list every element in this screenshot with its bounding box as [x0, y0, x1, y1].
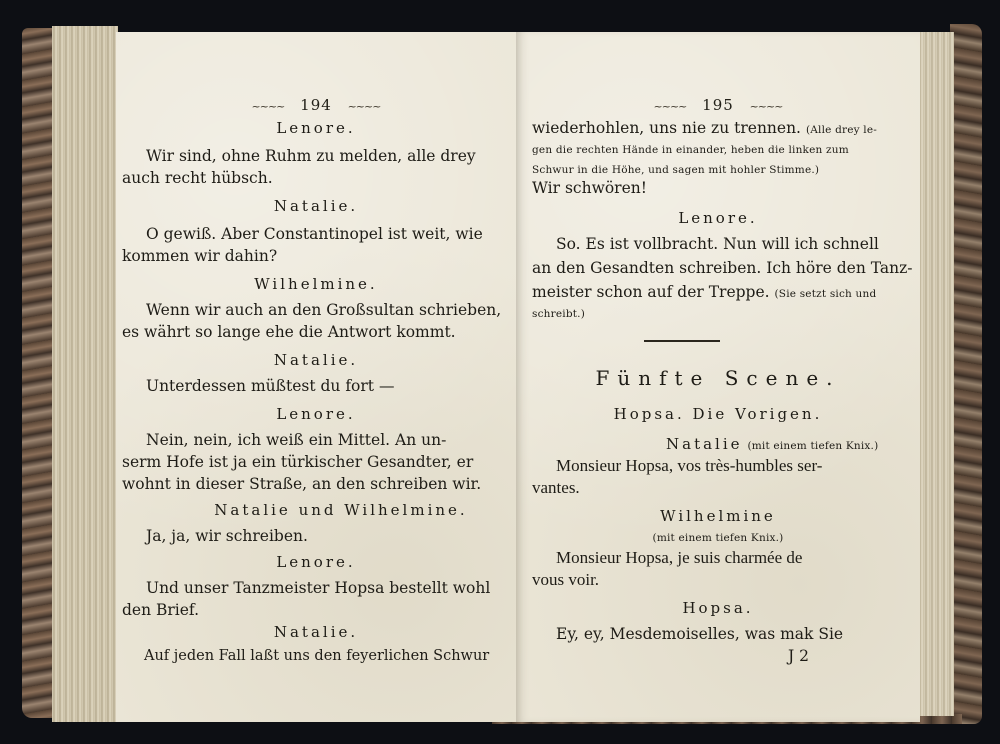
stage-direction: (mit einem tiefen Knix.) — [516, 528, 920, 548]
dialogue-line: Unterdessen müßtest du fort — — [146, 376, 394, 396]
dialogue-line: wohnt in dieser Straße, an den schreiben… — [122, 474, 481, 494]
dialogue-line: Monsieur Hopsa, vos très-humbles ser- — [556, 456, 822, 476]
dialogue-line: Ja, ja, wir schreiben. — [146, 526, 308, 546]
right-page: ~~~~ 195 ~~~~ wiederhohlen, uns nie zu t… — [516, 32, 920, 722]
dialogue-line: wiederhohlen, uns nie zu trennen. (Alle … — [532, 118, 877, 140]
ornament: ~~~~ — [348, 100, 381, 113]
speaker-name: Natalie. — [116, 196, 516, 216]
dialogue-text: wiederhohlen, uns nie zu trennen. — [532, 119, 801, 137]
stage-direction: (Sie setzt sich und — [775, 288, 877, 300]
speaker-name: Lenore. — [116, 118, 516, 138]
dialogue-line: serm Hofe ist ja ein türkischer Gesandte… — [122, 452, 473, 472]
page-block-left-edge — [52, 26, 118, 722]
speaker-with-direction: Natalie (mit einem tiefen Knix.) — [666, 434, 878, 456]
signature-mark: J 2 — [788, 646, 809, 666]
speaker-name: Natalie. — [116, 350, 516, 370]
dialogue-line: an den Gesandten schreiben. Ich höre den… — [532, 258, 913, 278]
speaker-name: Hopsa. — [516, 598, 920, 618]
ornament: ~~~~ — [654, 100, 687, 113]
page-number-header: ~~~~ 195 ~~~~ — [516, 96, 920, 114]
book-cover-right-edge — [950, 24, 982, 724]
scene-heading: Fünfte Scene. — [516, 368, 920, 388]
dialogue-line: Ey, ey, Mesdemoiselles, was mak Sie — [556, 624, 843, 644]
dialogue-line: Monsieur Hopsa, je suis charmée de — [556, 548, 802, 568]
stage-direction: (Alle drey le- — [806, 124, 877, 136]
section-divider-rule — [644, 340, 720, 342]
dialogue-line: Und unser Tanzmeister Hopsa bestellt woh… — [146, 578, 490, 598]
dialogue-line: Wir sind, ohne Ruhm zu melden, alle drey — [146, 146, 476, 166]
page-number: 194 — [300, 96, 332, 114]
dialogue-line: kommen wir dahin? — [122, 246, 277, 266]
stage-direction: Schwur in die Höhe, und sagen mit hohler… — [532, 160, 819, 180]
dialogue-line: auch recht hübsch. — [122, 168, 273, 188]
speaker-name: Wilhelmine. — [116, 274, 516, 294]
cast-list: Hopsa. Die Vorigen. — [516, 404, 920, 424]
page-number: 195 — [702, 96, 734, 114]
dialogue-line: O gewiß. Aber Constantinopel ist weit, w… — [146, 224, 483, 244]
open-book: ~~~~ 194 ~~~~ Lenore. Wir sind, ohne Ruh… — [22, 14, 982, 730]
speaker-name: Wilhelmine — [516, 506, 920, 526]
speaker-name: Natalie. — [116, 622, 516, 642]
page-block-right-edge — [918, 32, 954, 716]
dialogue-line: vantes. — [532, 478, 580, 498]
dialogue-line: Auf jeden Fall laßt uns den feyerlichen … — [144, 646, 489, 666]
speaker-name: Lenore. — [116, 404, 516, 424]
dialogue-line: Wenn wir auch an den Großsultan schriebe… — [146, 300, 501, 320]
stage-direction: gen die rechten Hände in einander, heben… — [532, 140, 849, 160]
page-number-header: ~~~~ 194 ~~~~ — [116, 96, 516, 114]
dialogue-line: vous voir. — [532, 570, 599, 590]
speaker-name: Natalie — [666, 435, 743, 453]
dialogue-line: meister schon auf der Treppe. (Sie setzt… — [532, 282, 876, 304]
dialogue-text: meister schon auf der Treppe. — [532, 283, 770, 301]
speaker-name: Lenore. — [116, 552, 516, 572]
ornament: ~~~~ — [252, 100, 285, 113]
dialogue-line: Nein, nein, ich weiß ein Mittel. An un- — [146, 430, 446, 450]
ornament: ~~~~ — [750, 100, 783, 113]
speaker-name: Natalie und Wilhelmine. — [166, 500, 516, 520]
dialogue-line: den Brief. — [122, 600, 199, 620]
stage-direction: schreibt.) — [532, 304, 585, 324]
dialogue-line: Wir schwören! — [532, 178, 647, 198]
left-page: ~~~~ 194 ~~~~ Lenore. Wir sind, ohne Ruh… — [116, 32, 517, 722]
dialogue-line: es währt so lange ehe die Antwort kommt. — [122, 322, 456, 342]
dialogue-line: So. Es ist vollbracht. Nun will ich schn… — [556, 234, 879, 254]
stage-direction: (mit einem tiefen Knix.) — [747, 440, 878, 452]
speaker-name: Lenore. — [516, 208, 920, 228]
